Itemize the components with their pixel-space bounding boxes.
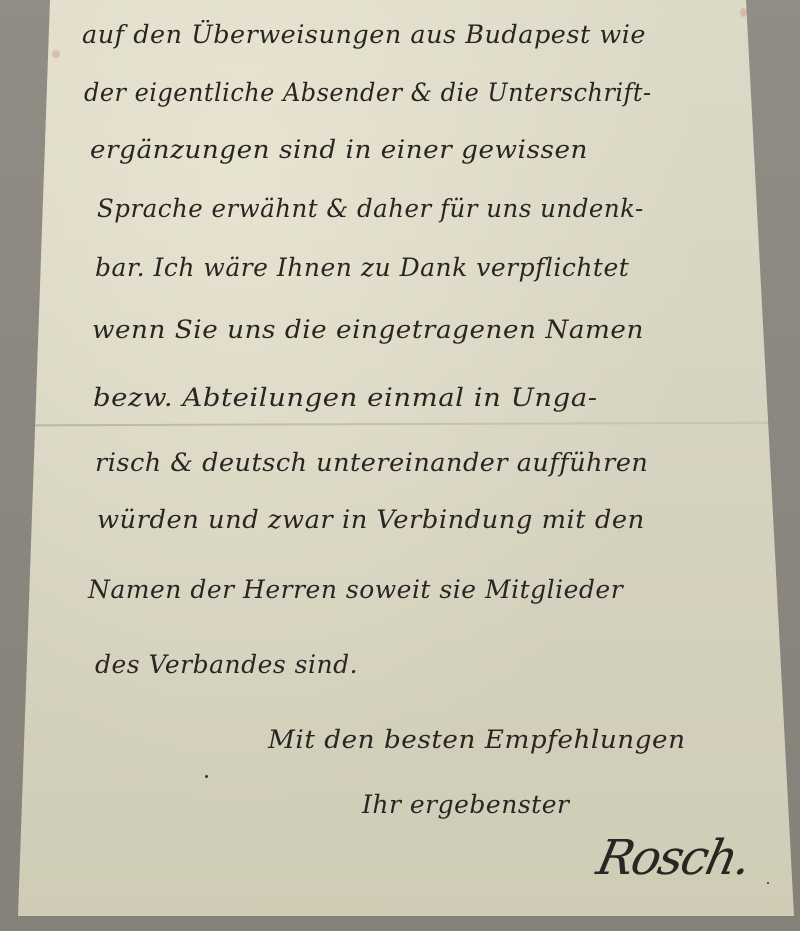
letter-line: Sprache erwähnt & daher für uns undenk- <box>97 194 644 223</box>
letter-line: Namen der Herren soweit sie Mitglieder <box>88 575 623 604</box>
letter-line: risch & deutsch untereinander aufführen <box>95 448 648 477</box>
letter-line: auf den Überweisungen aus Budapest wie <box>82 20 646 49</box>
letter-line: würden und zwar in Verbindung mit den <box>97 505 645 534</box>
letter-line: wenn Sie uns die eingetragenen Namen <box>92 315 644 344</box>
paper-stain <box>52 50 60 58</box>
letter-line: bezw. Abteilungen einmal in Unga- <box>93 383 598 412</box>
letter-line: bar. Ich wäre Ihnen zu Dank verpflichtet <box>95 253 629 282</box>
letter-line: der eigentliche Absender & die Unterschr… <box>84 78 652 107</box>
closing-valediction: Ihr ergebenster <box>362 790 569 819</box>
ink-speck <box>767 882 769 884</box>
paper-stain <box>740 8 747 17</box>
ink-speck <box>205 775 208 778</box>
signature: Rosch. <box>592 830 755 886</box>
letter-line: ergänzungen sind in einer gewissen <box>90 135 588 164</box>
letter-line: des Verbandes sind. <box>95 650 358 679</box>
fold-crease <box>30 422 790 427</box>
closing-salutation: Mit den besten Empfehlungen <box>268 725 686 754</box>
letter-page: auf den Überweisungen aus Budapest wie d… <box>0 0 800 931</box>
